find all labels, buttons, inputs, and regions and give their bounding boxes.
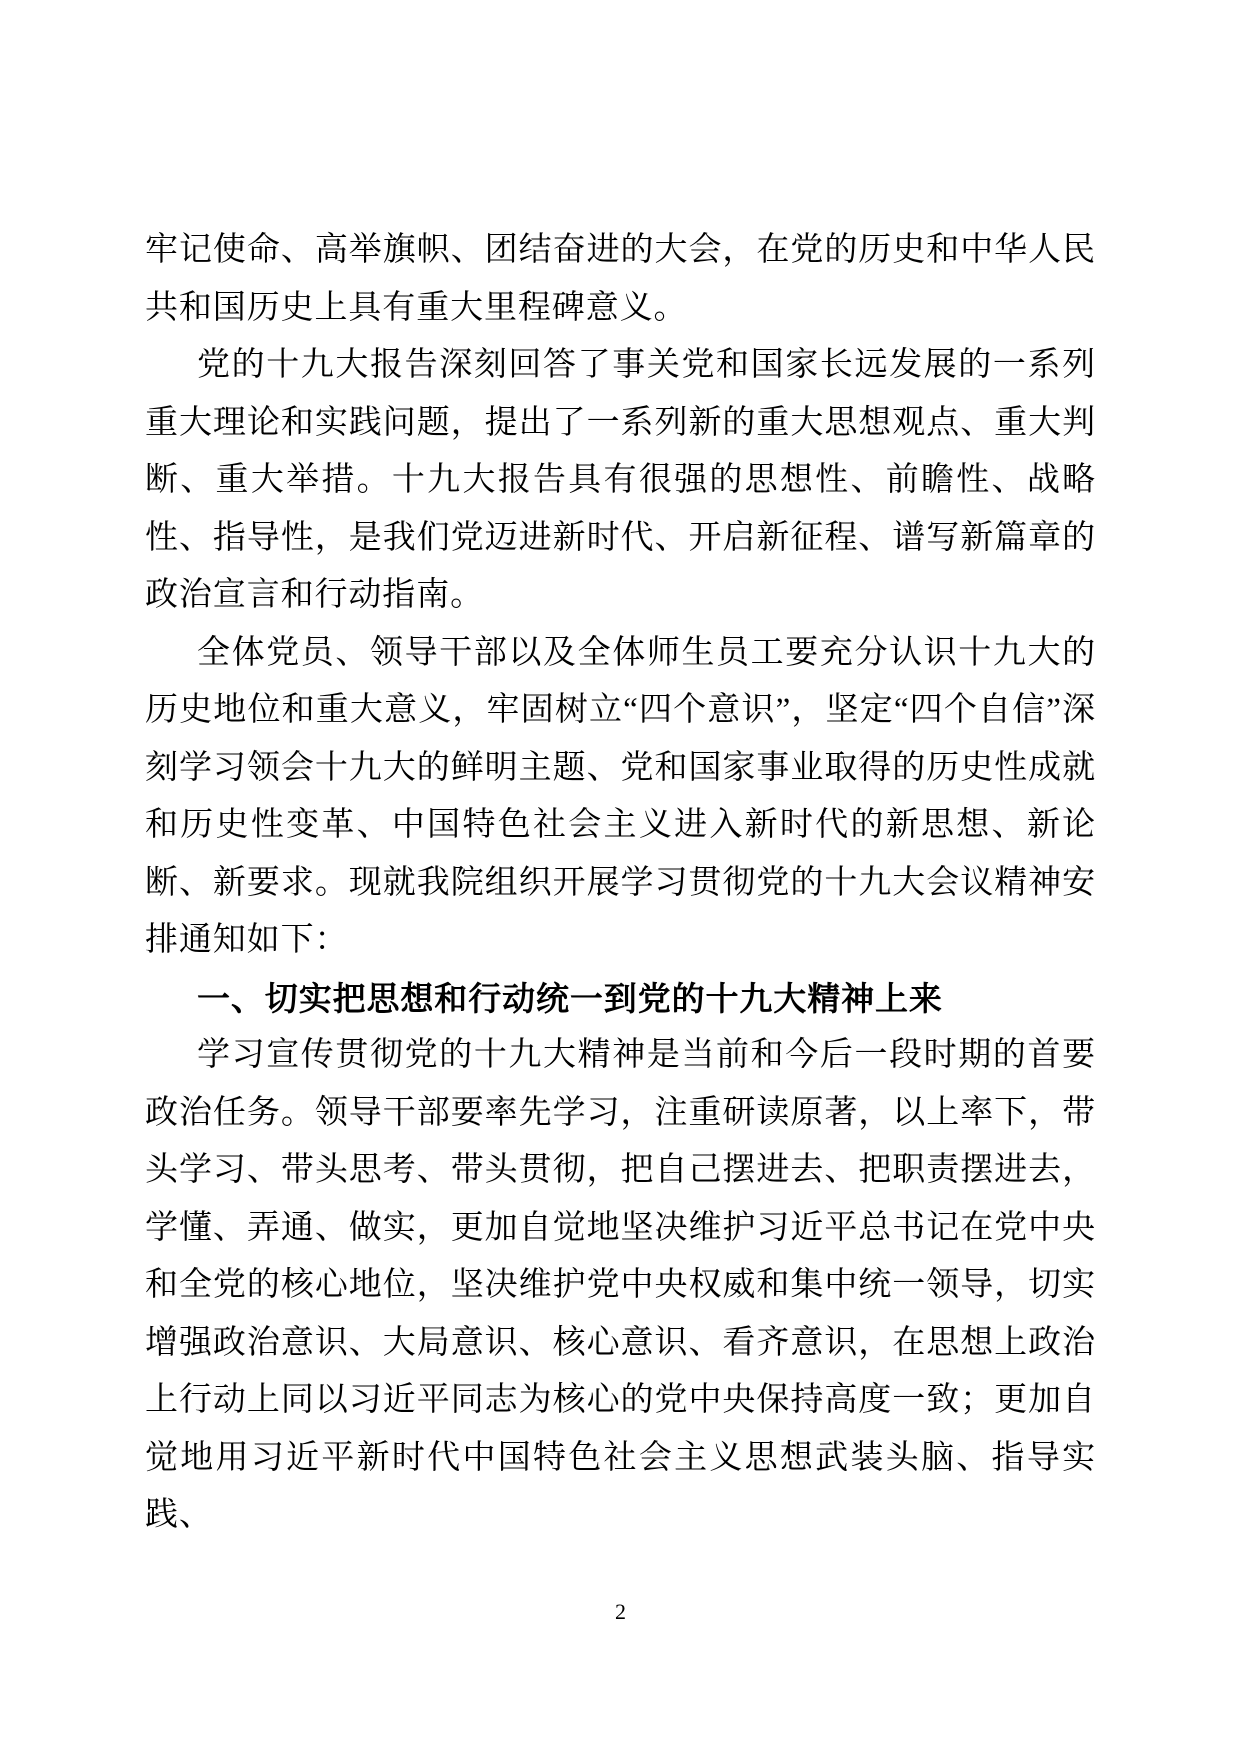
section-heading: 一、切实把思想和行动统一到党的十九大精神上来 — [145, 970, 1096, 1028]
paragraph: 全体党员、领导干部以及全体师生员工要充分认识十九大的历史地位和重大意义，牢固树立… — [145, 625, 1096, 970]
paragraph: 党的十九大报告深刻回答了事关党和国家长远发展的一系列重大理论和实践问题，提出了一… — [145, 337, 1096, 625]
paragraph: 学习宣传贯彻党的十九大精神是当前和今后一段时期的首要政治任务。领导干部要率先学习… — [145, 1027, 1096, 1545]
paragraph-continuation: 牢记使命、高举旗帜、团结奋进的大会，在党的历史和中华人民共和国历史上具有重大里程… — [145, 222, 1096, 337]
document-body: 牢记使命、高举旗帜、团结奋进的大会，在党的历史和中华人民共和国历史上具有重大里程… — [145, 222, 1096, 1545]
page-number: 2 — [0, 1598, 1241, 1626]
document-page: 牢记使命、高举旗帜、团结奋进的大会，在党的历史和中华人民共和国历史上具有重大里程… — [0, 0, 1241, 1754]
